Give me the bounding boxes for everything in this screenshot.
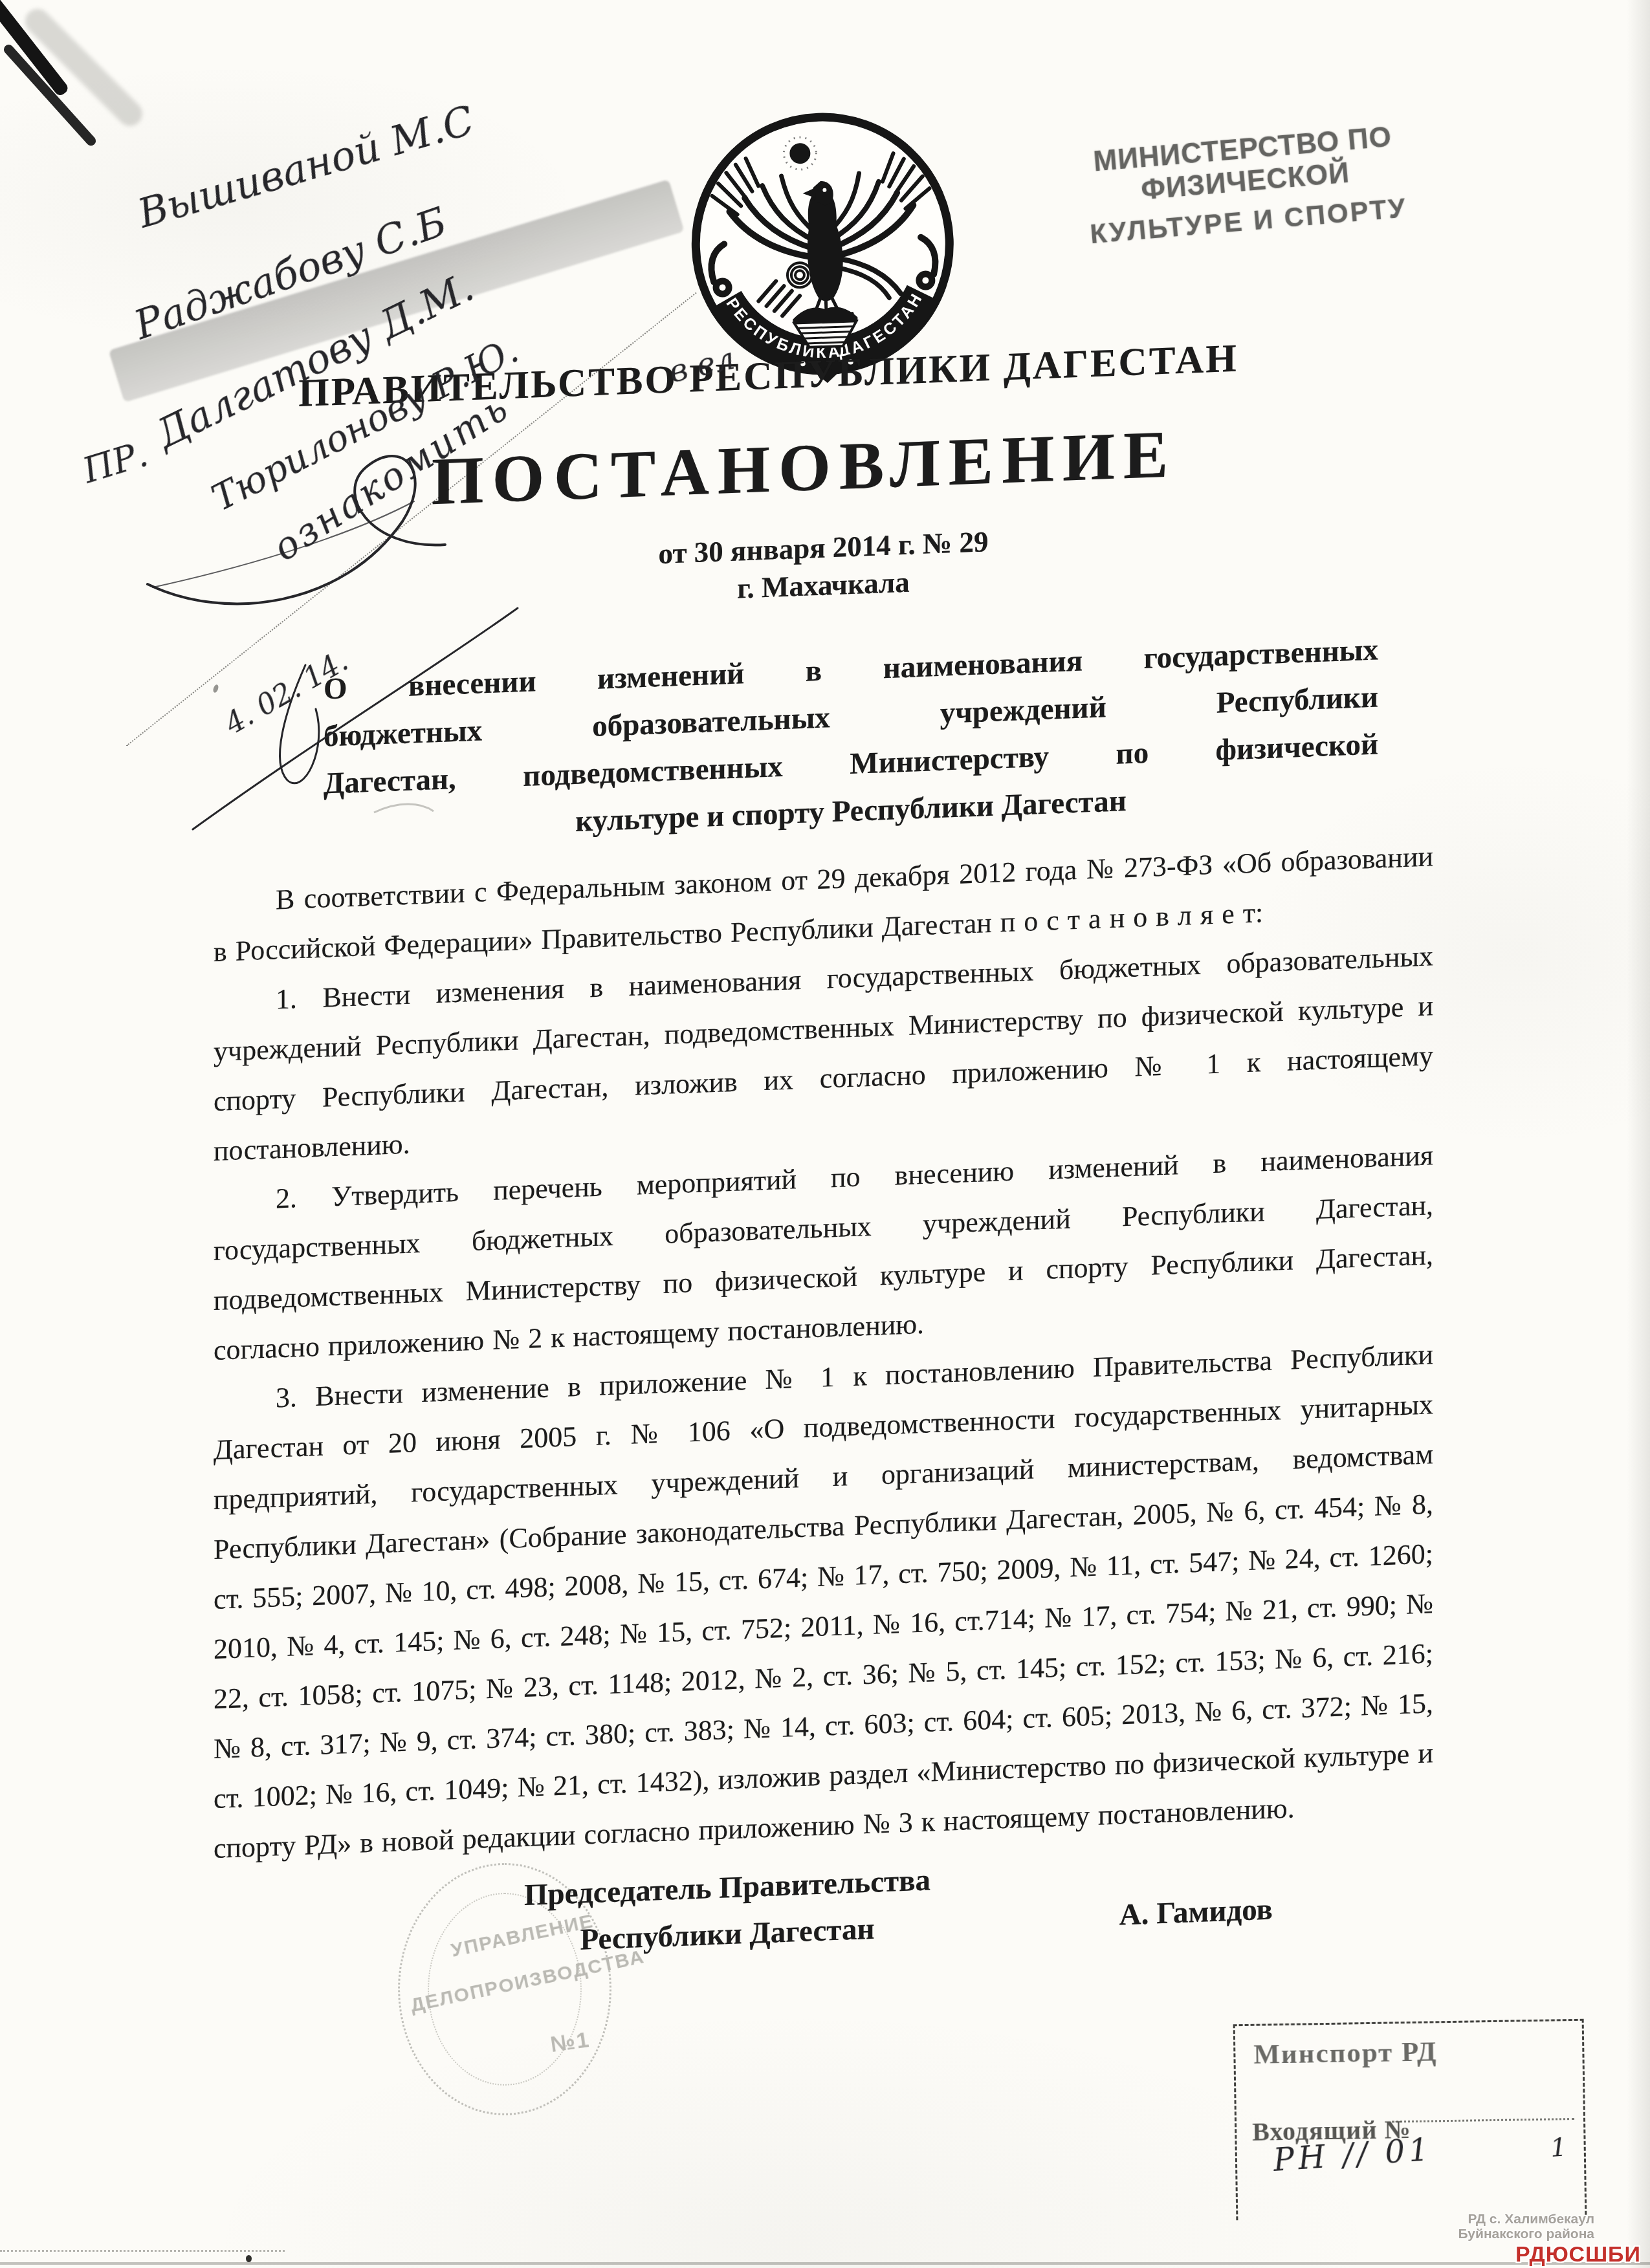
ministry-ink-stamp: МИНИСТЕРСТВО ПО ФИЗИЧЕСКОЙ КУЛЬТУРЕ И СП… — [993, 113, 1499, 257]
scan-bottom-edge — [0, 2262, 1650, 2265]
handwritten-mark: 1 — [1549, 2132, 1568, 2163]
registry-org-name: Минспорт РД — [1253, 2036, 1438, 2070]
incoming-registration-stamp: Минспорт РД Входящий № — [1233, 2019, 1587, 2220]
scan-speck — [246, 2255, 252, 2262]
document-body: ПРАВИТЕЛЬСТВО РЕСПУБЛИКИ ДАГЕСТАН ПОСТАН… — [214, 314, 1433, 1977]
scan-edge-shadow — [1627, 0, 1650, 2268]
watermark-location-line1: РД с. Халимбекаул — [1458, 2212, 1594, 2227]
signer-name: А. Гамидов — [1119, 1892, 1273, 1943]
paragraph-item-3: 3. Внести изменение в приложение № 1 к п… — [214, 1329, 1433, 1873]
scan-bottom-artifact — [0, 2250, 285, 2252]
decree-title: О внесении изменений в наименования госу… — [324, 626, 1378, 855]
scanned-decree-page: МИНИСТЕРСТВО ПО ФИЗИЧЕСКОЙ КУЛЬТУРЕ И СП… — [0, 0, 1650, 2268]
watermark-org-abbreviation: РДЮСШБИ — [1458, 2243, 1641, 2265]
watermark-location-line2: Буйнакского района — [1458, 2227, 1594, 2241]
incoming-number-blank-line — [1392, 2118, 1574, 2122]
watermark: РД с. Халимбекаул Буйнакского района РДЮ… — [1458, 2212, 1641, 2265]
faint-round-stamp: УПРАВЛЕНИЕ ДЕЛОПРОИЗВОДСТВА №1 — [398, 1863, 611, 2115]
decree-text: В соответствии с Федеральным законом от … — [214, 831, 1433, 1873]
handwritten-note: ПР. — [78, 433, 153, 492]
